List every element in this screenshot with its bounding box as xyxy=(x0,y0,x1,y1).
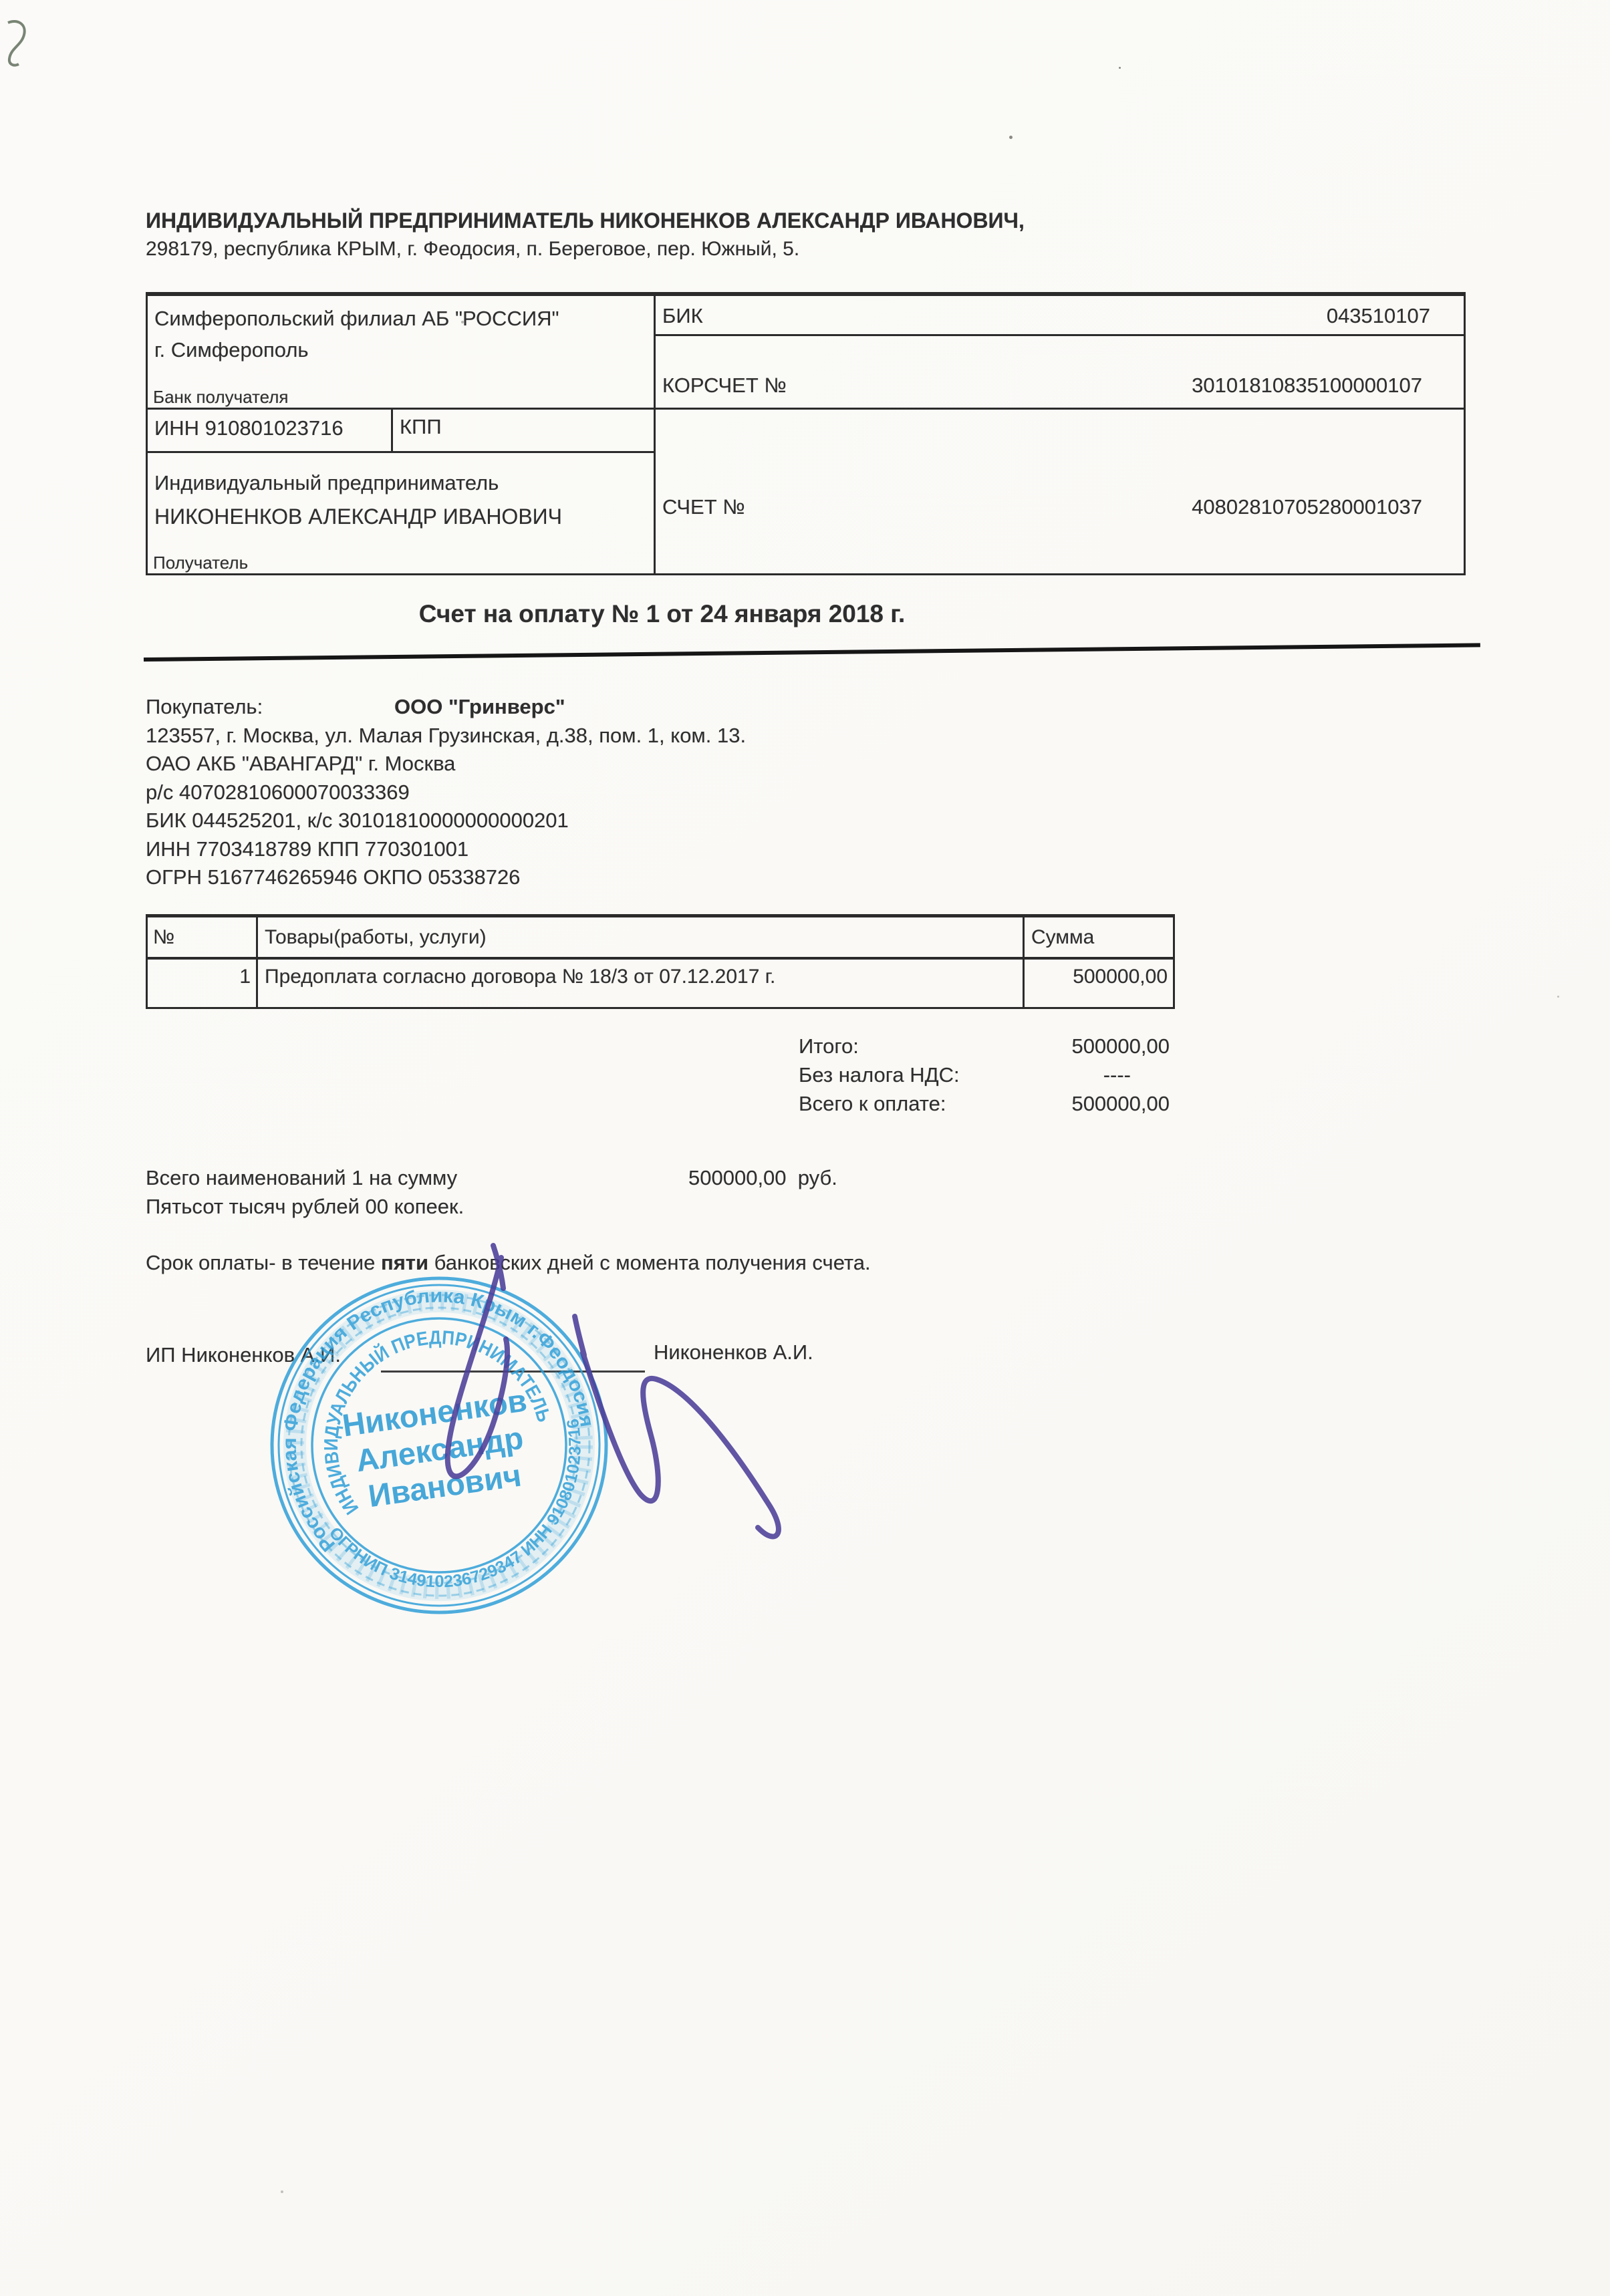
buyer-bank: ОАО АКБ "АВАНГАРД" г. Москва xyxy=(146,752,746,780)
buyer-row: Покупатель: ООО "Гринверс" xyxy=(146,695,746,724)
handwritten-signature xyxy=(374,1238,882,1552)
kpp-label: КПП xyxy=(400,415,442,439)
total-label: Итого: xyxy=(799,1034,859,1058)
korschet-label: КОРСЧЕТ № xyxy=(662,374,787,398)
total-due-value: 500000,00 xyxy=(949,1092,1170,1116)
scan-speck xyxy=(461,321,464,323)
seller-address: 298179, республика КРЫМ, г. Феодосия, п.… xyxy=(146,238,799,261)
buyer-block: Покупатель: ООО "Гринверс" 123557, г. Мо… xyxy=(146,695,746,894)
scan-speck xyxy=(1009,136,1013,139)
bik-value: 043510107 xyxy=(1327,304,1430,328)
scan-speck xyxy=(281,2190,283,2193)
buyer-bik-ks: БИК 044525201, к/с 30101810000000000201 xyxy=(146,809,746,837)
scan-artifact xyxy=(4,17,35,68)
item-row-desc: Предоплата согласно договора № 18/3 от 0… xyxy=(265,966,775,988)
table-divider xyxy=(148,451,656,453)
scan-speck xyxy=(1557,996,1559,998)
scan-speck xyxy=(1119,67,1121,69)
buyer-name: ООО "Гринверс" xyxy=(394,695,565,719)
items-count-line: Всего наименований 1 на сумму 500000,00 … xyxy=(146,1166,457,1190)
col-header-num: № xyxy=(153,926,174,949)
items-count-text: Всего наименований 1 на сумму xyxy=(146,1166,457,1189)
buyer-label: Покупатель: xyxy=(146,695,263,718)
table-divider xyxy=(654,296,656,573)
table-divider xyxy=(1023,917,1025,1007)
items-count-amount: 500000,00 руб. xyxy=(688,1166,837,1190)
bank-name-cell: Симферопольский филиал АБ "РОССИЯ" г. Си… xyxy=(154,303,559,366)
scanned-invoice-page: ИНДИВИДУАЛЬНЫЙ ПРЕДПРИНИМАТЕЛЬ НИКОНЕНКО… xyxy=(0,0,1610,2296)
no-vat-label: Без налога НДС: xyxy=(799,1063,960,1087)
total-value: 500000,00 xyxy=(949,1034,1170,1058)
col-header-sum: Сумма xyxy=(1031,926,1094,949)
schet-value: 40802810705280001037 xyxy=(1192,495,1422,519)
buyer-address: 123557, г. Москва, ул. Малая Грузинская,… xyxy=(146,724,746,752)
schet-label: СЧЕТ № xyxy=(662,495,745,519)
item-row-sum: 500000,00 xyxy=(1073,966,1168,988)
buyer-ogrn-okpo: ОГРН 5167746265946 ОКПО 05338726 xyxy=(146,865,746,894)
table-divider xyxy=(391,408,393,453)
items-table: № Товары(работы, услуги) Сумма 1 Предопл… xyxy=(146,914,1175,1009)
total-due-label: Всего к оплате: xyxy=(799,1092,946,1116)
table-divider xyxy=(148,408,1464,410)
seller-name: ИНДИВИДУАЛЬНЫЙ ПРЕДПРИНИМАТЕЛЬ НИКОНЕНКО… xyxy=(146,208,1025,233)
bik-label: БИК xyxy=(662,304,703,328)
no-vat-value: ---- xyxy=(949,1063,1170,1087)
table-divider xyxy=(654,334,1464,336)
amount-in-words: Пятьсот тысяч рублей 00 копеек. xyxy=(146,1195,464,1219)
payee-cell-label: Получатель xyxy=(153,553,248,573)
payee-line1: Индивидуальный предприниматель xyxy=(154,471,499,495)
table-divider xyxy=(148,957,1173,960)
title-rule xyxy=(144,643,1480,662)
payee-line2: НИКОНЕНКОВ АЛЕКСАНДР ИВАНОВИЧ xyxy=(154,505,562,529)
bank-cell-label: Банк получателя xyxy=(153,387,289,408)
inn-value: ИНН 910801023716 xyxy=(154,416,344,440)
table-divider xyxy=(256,917,258,1007)
buyer-inn-kpp: ИНН 7703418789 КПП 770301001 xyxy=(146,837,746,866)
col-header-desc: Товары(работы, услуги) xyxy=(265,926,487,949)
invoice-title: Счет на оплату № 1 от 24 января 2018 г. xyxy=(146,600,1178,628)
item-row-num: 1 xyxy=(148,966,251,988)
buyer-account: р/с 40702810600070033369 xyxy=(146,780,746,809)
korschet-value: 30101810835100000107 xyxy=(1192,374,1422,398)
bank-name-line2: г. Симферополь xyxy=(154,334,559,366)
bank-name-line1: Симферопольский филиал АБ "РОССИЯ" xyxy=(154,303,559,334)
bank-requisites-table: Симферопольский филиал АБ "РОССИЯ" г. Си… xyxy=(146,292,1466,575)
